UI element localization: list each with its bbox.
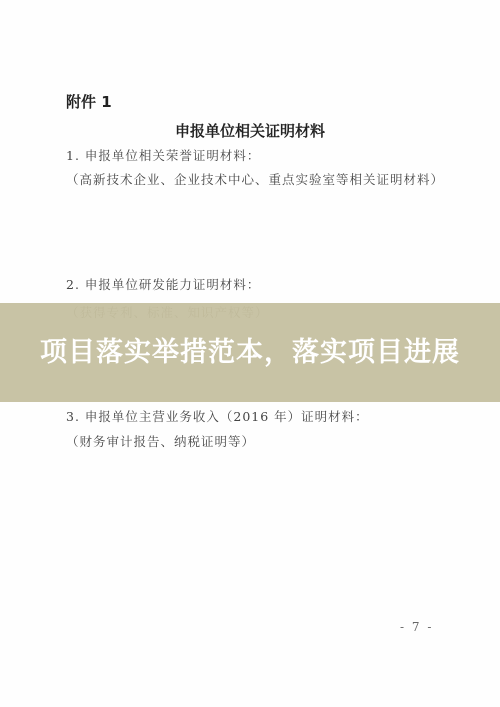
page-number: - 7 - (400, 620, 433, 634)
attachment-label: 附件 1 (66, 91, 112, 112)
item-1-heading: 1. 申报单位相关荣誉证明材料： (66, 146, 260, 164)
item-3-heading: 3. 申报单位主营业务收入（2016 年）证明材料： (66, 407, 369, 425)
document-title: 申报单位相关证明材料 (0, 120, 500, 141)
item-3-note: （财务审计报告、纳税证明等） (66, 432, 255, 450)
banner-title: 项目落实举措范本，落实项目进展 (30, 335, 470, 371)
title-banner: 项目落实举措范本，落实项目进展 (0, 303, 500, 402)
item-2-heading: 2. 申报单位研发能力证明材料： (66, 275, 260, 293)
item-1-note: （高新技术企业、企业技术中心、重点实验室等相关证明材料） (66, 170, 444, 188)
